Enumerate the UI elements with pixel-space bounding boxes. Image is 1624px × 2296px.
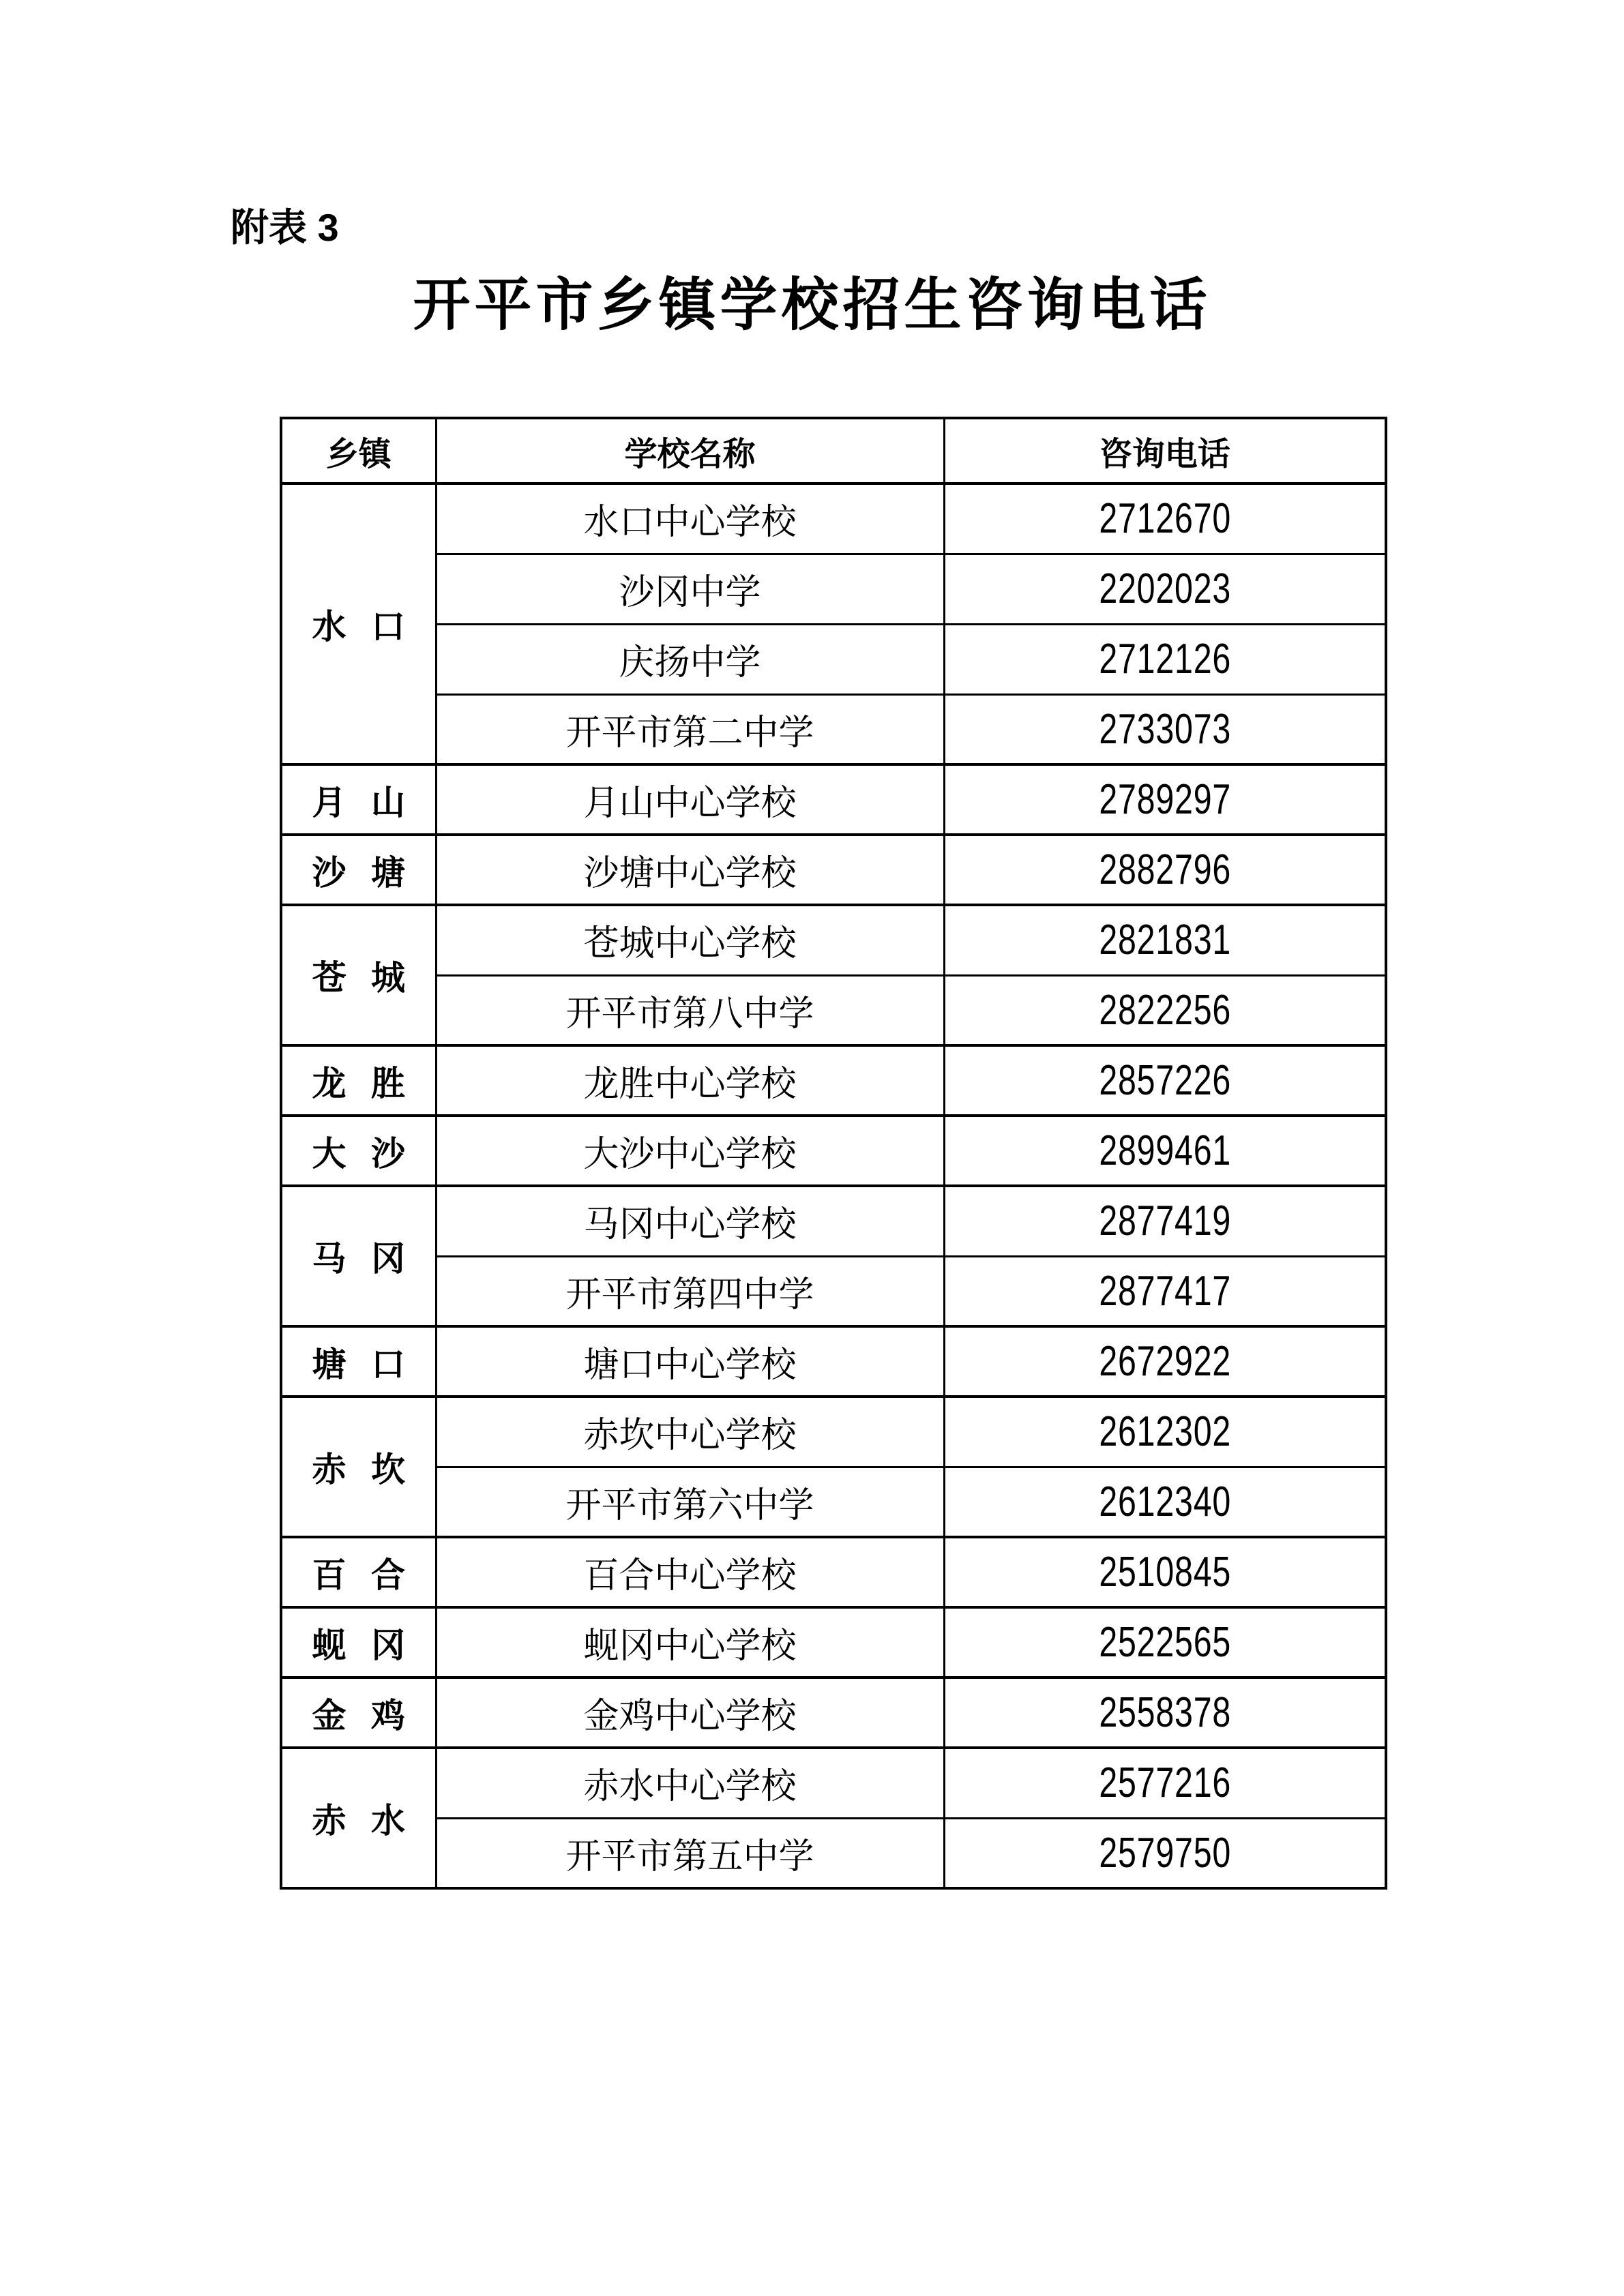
- school-name-cell: 水口中心学校: [436, 483, 944, 554]
- phone-cell: 2789297: [944, 764, 1386, 835]
- township-cell: 赤 坎: [281, 1397, 436, 1537]
- table-row: 百 合 百合中心学校 2510845: [281, 1537, 1386, 1607]
- table-row: 月 山 月山中心学校 2789297: [281, 764, 1386, 835]
- table-row: 开平市第六中学 2612340: [281, 1467, 1386, 1537]
- table-row: 大 沙 大沙中心学校 2899461: [281, 1116, 1386, 1186]
- school-name-cell: 百合中心学校: [436, 1537, 944, 1607]
- school-name-cell: 开平市第六中学: [436, 1467, 944, 1537]
- phone-number: 2712670: [1099, 494, 1231, 543]
- township-cell: 沙 塘: [281, 835, 436, 905]
- school-name-cell: 开平市第五中学: [436, 1818, 944, 1888]
- phone-cell: 2202023: [944, 554, 1386, 624]
- phone-number: 2612302: [1099, 1407, 1231, 1456]
- phone-cell: 2821831: [944, 905, 1386, 975]
- phone-cell: 2558378: [944, 1678, 1386, 1748]
- township-cell: 马 冈: [281, 1186, 436, 1326]
- table-row: 水 口 水口中心学校 2712670: [281, 483, 1386, 554]
- township-cell: 蚬 冈: [281, 1607, 436, 1678]
- school-name-cell: 庆扬中学: [436, 624, 944, 694]
- phone-number: 2612340: [1099, 1478, 1231, 1526]
- township-cell: 大 沙: [281, 1116, 436, 1186]
- phone-number: 2822256: [1099, 986, 1231, 1034]
- school-name-cell: 开平市第二中学: [436, 694, 944, 764]
- school-name-cell: 金鸡中心学校: [436, 1678, 944, 1748]
- phone-number: 2821831: [1099, 916, 1231, 964]
- township-cell: 苍 城: [281, 905, 436, 1045]
- table-row: 赤 坎 赤坎中心学校 2612302: [281, 1397, 1386, 1467]
- table-row: 塘 口 塘口中心学校 2672922: [281, 1326, 1386, 1397]
- table-row: 金 鸡 金鸡中心学校 2558378: [281, 1678, 1386, 1748]
- school-name-cell: 赤坎中心学校: [436, 1397, 944, 1467]
- phone-cell: 2733073: [944, 694, 1386, 764]
- school-name-cell: 苍城中心学校: [436, 905, 944, 975]
- school-name-cell: 沙冈中学: [436, 554, 944, 624]
- school-name-cell: 开平市第八中学: [436, 975, 944, 1045]
- phone-cell: 2877417: [944, 1256, 1386, 1326]
- phone-number: 2877419: [1099, 1197, 1231, 1245]
- phone-cell: 2857226: [944, 1045, 1386, 1116]
- document-page: 附表 3 开平市乡镇学校招生咨询电话 乡镇 学校名称 咨询电话 水 口 水口中心…: [0, 0, 1624, 2296]
- col-header-phone: 咨询电话: [944, 418, 1386, 483]
- phone-cell: 2579750: [944, 1818, 1386, 1888]
- phone-table: 乡镇 学校名称 咨询电话 水 口 水口中心学校 2712670 沙冈中学 220…: [280, 417, 1387, 1890]
- township-cell: 塘 口: [281, 1326, 436, 1397]
- school-name-cell: 大沙中心学校: [436, 1116, 944, 1186]
- phone-number: 2882796: [1099, 846, 1231, 894]
- phone-number: 2712126: [1099, 635, 1231, 683]
- phone-cell: 2577216: [944, 1748, 1386, 1818]
- phone-number: 2672922: [1099, 1337, 1231, 1386]
- phone-cell: 2612302: [944, 1397, 1386, 1467]
- phone-number: 2733073: [1099, 705, 1231, 754]
- phone-cell: 2612340: [944, 1467, 1386, 1537]
- phone-cell: 2712126: [944, 624, 1386, 694]
- table-row: 庆扬中学 2712126: [281, 624, 1386, 694]
- phone-number: 2202023: [1099, 565, 1231, 613]
- phone-number: 2789297: [1099, 775, 1231, 824]
- school-name-cell: 龙胜中心学校: [436, 1045, 944, 1116]
- township-cell: 赤 水: [281, 1748, 436, 1888]
- phone-cell: 2877419: [944, 1186, 1386, 1256]
- phone-number: 2579750: [1099, 1829, 1231, 1877]
- phone-cell: 2899461: [944, 1116, 1386, 1186]
- header-row: 乡镇 学校名称 咨询电话: [281, 418, 1386, 483]
- table-row: 苍 城 苍城中心学校 2821831: [281, 905, 1386, 975]
- phone-number: 2899461: [1099, 1127, 1231, 1175]
- table-row: 沙冈中学 2202023: [281, 554, 1386, 624]
- phone-cell: 2522565: [944, 1607, 1386, 1678]
- col-header-township: 乡镇: [281, 418, 436, 483]
- table-row: 开平市第八中学 2822256: [281, 975, 1386, 1045]
- school-name-cell: 月山中心学校: [436, 764, 944, 835]
- phone-number: 2510845: [1099, 1548, 1231, 1596]
- phone-cell: 2672922: [944, 1326, 1386, 1397]
- phone-cell: 2882796: [944, 835, 1386, 905]
- township-cell: 金 鸡: [281, 1678, 436, 1748]
- table-row: 开平市第五中学 2579750: [281, 1818, 1386, 1888]
- school-name-cell: 马冈中心学校: [436, 1186, 944, 1256]
- phone-number: 2857226: [1099, 1056, 1231, 1105]
- table-row: 马 冈 马冈中心学校 2877419: [281, 1186, 1386, 1256]
- table-row: 开平市第二中学 2733073: [281, 694, 1386, 764]
- table-row: 赤 水 赤水中心学校 2577216: [281, 1748, 1386, 1818]
- table-row: 蚬 冈 蚬冈中心学校 2522565: [281, 1607, 1386, 1678]
- phone-number: 2558378: [1099, 1688, 1231, 1737]
- school-name-cell: 塘口中心学校: [436, 1326, 944, 1397]
- phone-number: 2577216: [1099, 1759, 1231, 1807]
- table-row: 龙 胜 龙胜中心学校 2857226: [281, 1045, 1386, 1116]
- township-cell: 月 山: [281, 764, 436, 835]
- table-row: 开平市第四中学 2877417: [281, 1256, 1386, 1326]
- col-header-school: 学校名称: [436, 418, 944, 483]
- table-row: 沙 塘 沙塘中心学校 2882796: [281, 835, 1386, 905]
- township-cell: 龙 胜: [281, 1045, 436, 1116]
- phone-number: 2877417: [1099, 1267, 1231, 1315]
- township-cell: 水 口: [281, 483, 436, 764]
- school-name-cell: 赤水中心学校: [436, 1748, 944, 1818]
- phone-cell: 2822256: [944, 975, 1386, 1045]
- school-name-cell: 沙塘中心学校: [436, 835, 944, 905]
- school-name-cell: 蚬冈中心学校: [436, 1607, 944, 1678]
- phone-cell: 2712670: [944, 483, 1386, 554]
- annex-label: 附表 3: [231, 205, 339, 250]
- phone-cell: 2510845: [944, 1537, 1386, 1607]
- school-name-cell: 开平市第四中学: [436, 1256, 944, 1326]
- page-title: 开平市乡镇学校招生咨询电话: [0, 270, 1624, 342]
- phone-number: 2522565: [1099, 1618, 1231, 1667]
- township-cell: 百 合: [281, 1537, 436, 1607]
